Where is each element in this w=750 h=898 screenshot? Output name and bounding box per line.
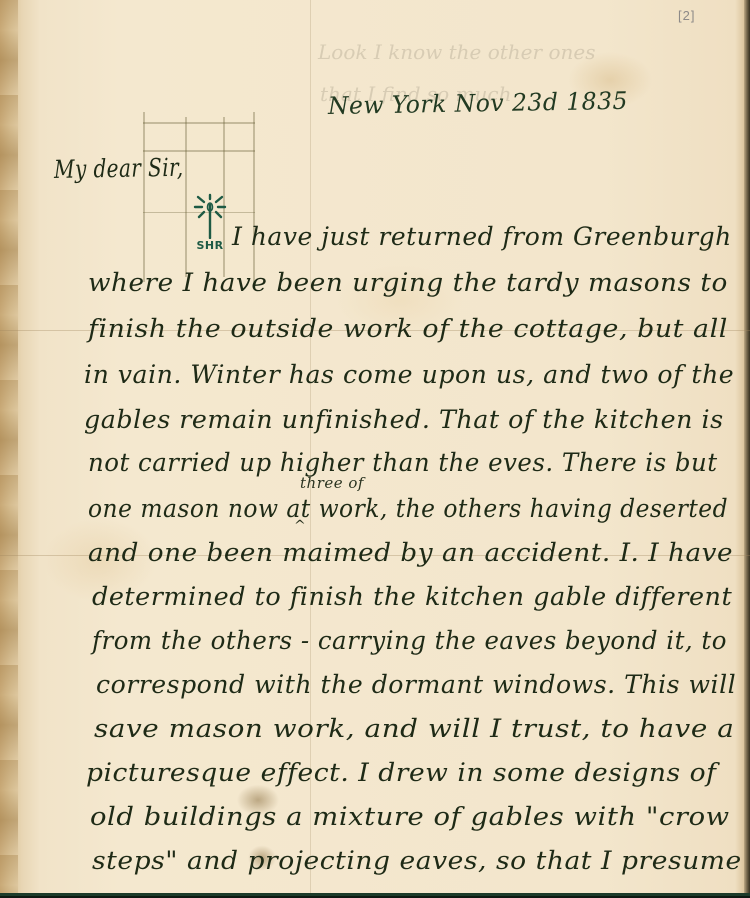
letter-line-1: I have just returned from Greenburgh [232, 222, 732, 251]
letter-line-4: in vain. Winter has come upon us, and tw… [84, 360, 734, 389]
dateline: New York Nov 23d 1835 [328, 87, 628, 120]
letter-line-3: finish the outside work of the cottage, … [88, 314, 728, 343]
letter-line-5: gables remain unfinished. That of the ki… [84, 405, 724, 434]
salutation: My dear Sir, [54, 153, 184, 184]
sunburst-staff-icon [192, 193, 228, 239]
library-stamp: SHR [192, 193, 228, 255]
letter-line-8: and one been maimed by an accident. I. I… [88, 538, 733, 567]
letter-line-15: steps" and projecting eaves, so that I p… [92, 846, 742, 875]
letter-line-2: where I have been urging the tardy mason… [88, 268, 728, 297]
letter-line-9: determined to finish the kitchen gable d… [92, 582, 732, 611]
letter-line-11: correspond with the dormant windows. Thi… [96, 670, 736, 699]
page-edge [744, 0, 750, 893]
interlinear-insertion: three of [300, 474, 364, 492]
insertion-caret: ^ [294, 518, 306, 534]
letter-line-6: not carried up higher than the eves. The… [88, 448, 718, 477]
letter-line-14: old buildings a mixture of gables with "… [90, 802, 730, 831]
letter-line-7: one mason now at work, the others having… [88, 494, 728, 523]
letter-line-10: from the others - carrying the eaves bey… [92, 626, 727, 655]
letter-line-12: save mason work, and will I trust, to ha… [94, 714, 734, 743]
page-number: [2] [678, 8, 695, 23]
letter-line-13: picturesque effect. I drew in some desig… [86, 758, 716, 787]
bleed-through-text: Look I know the other ones [318, 40, 595, 64]
water-stain [0, 0, 18, 893]
stamp-label: SHR [192, 239, 228, 252]
letter-page: [2] Look I know the other ones that I fi… [0, 0, 750, 896]
